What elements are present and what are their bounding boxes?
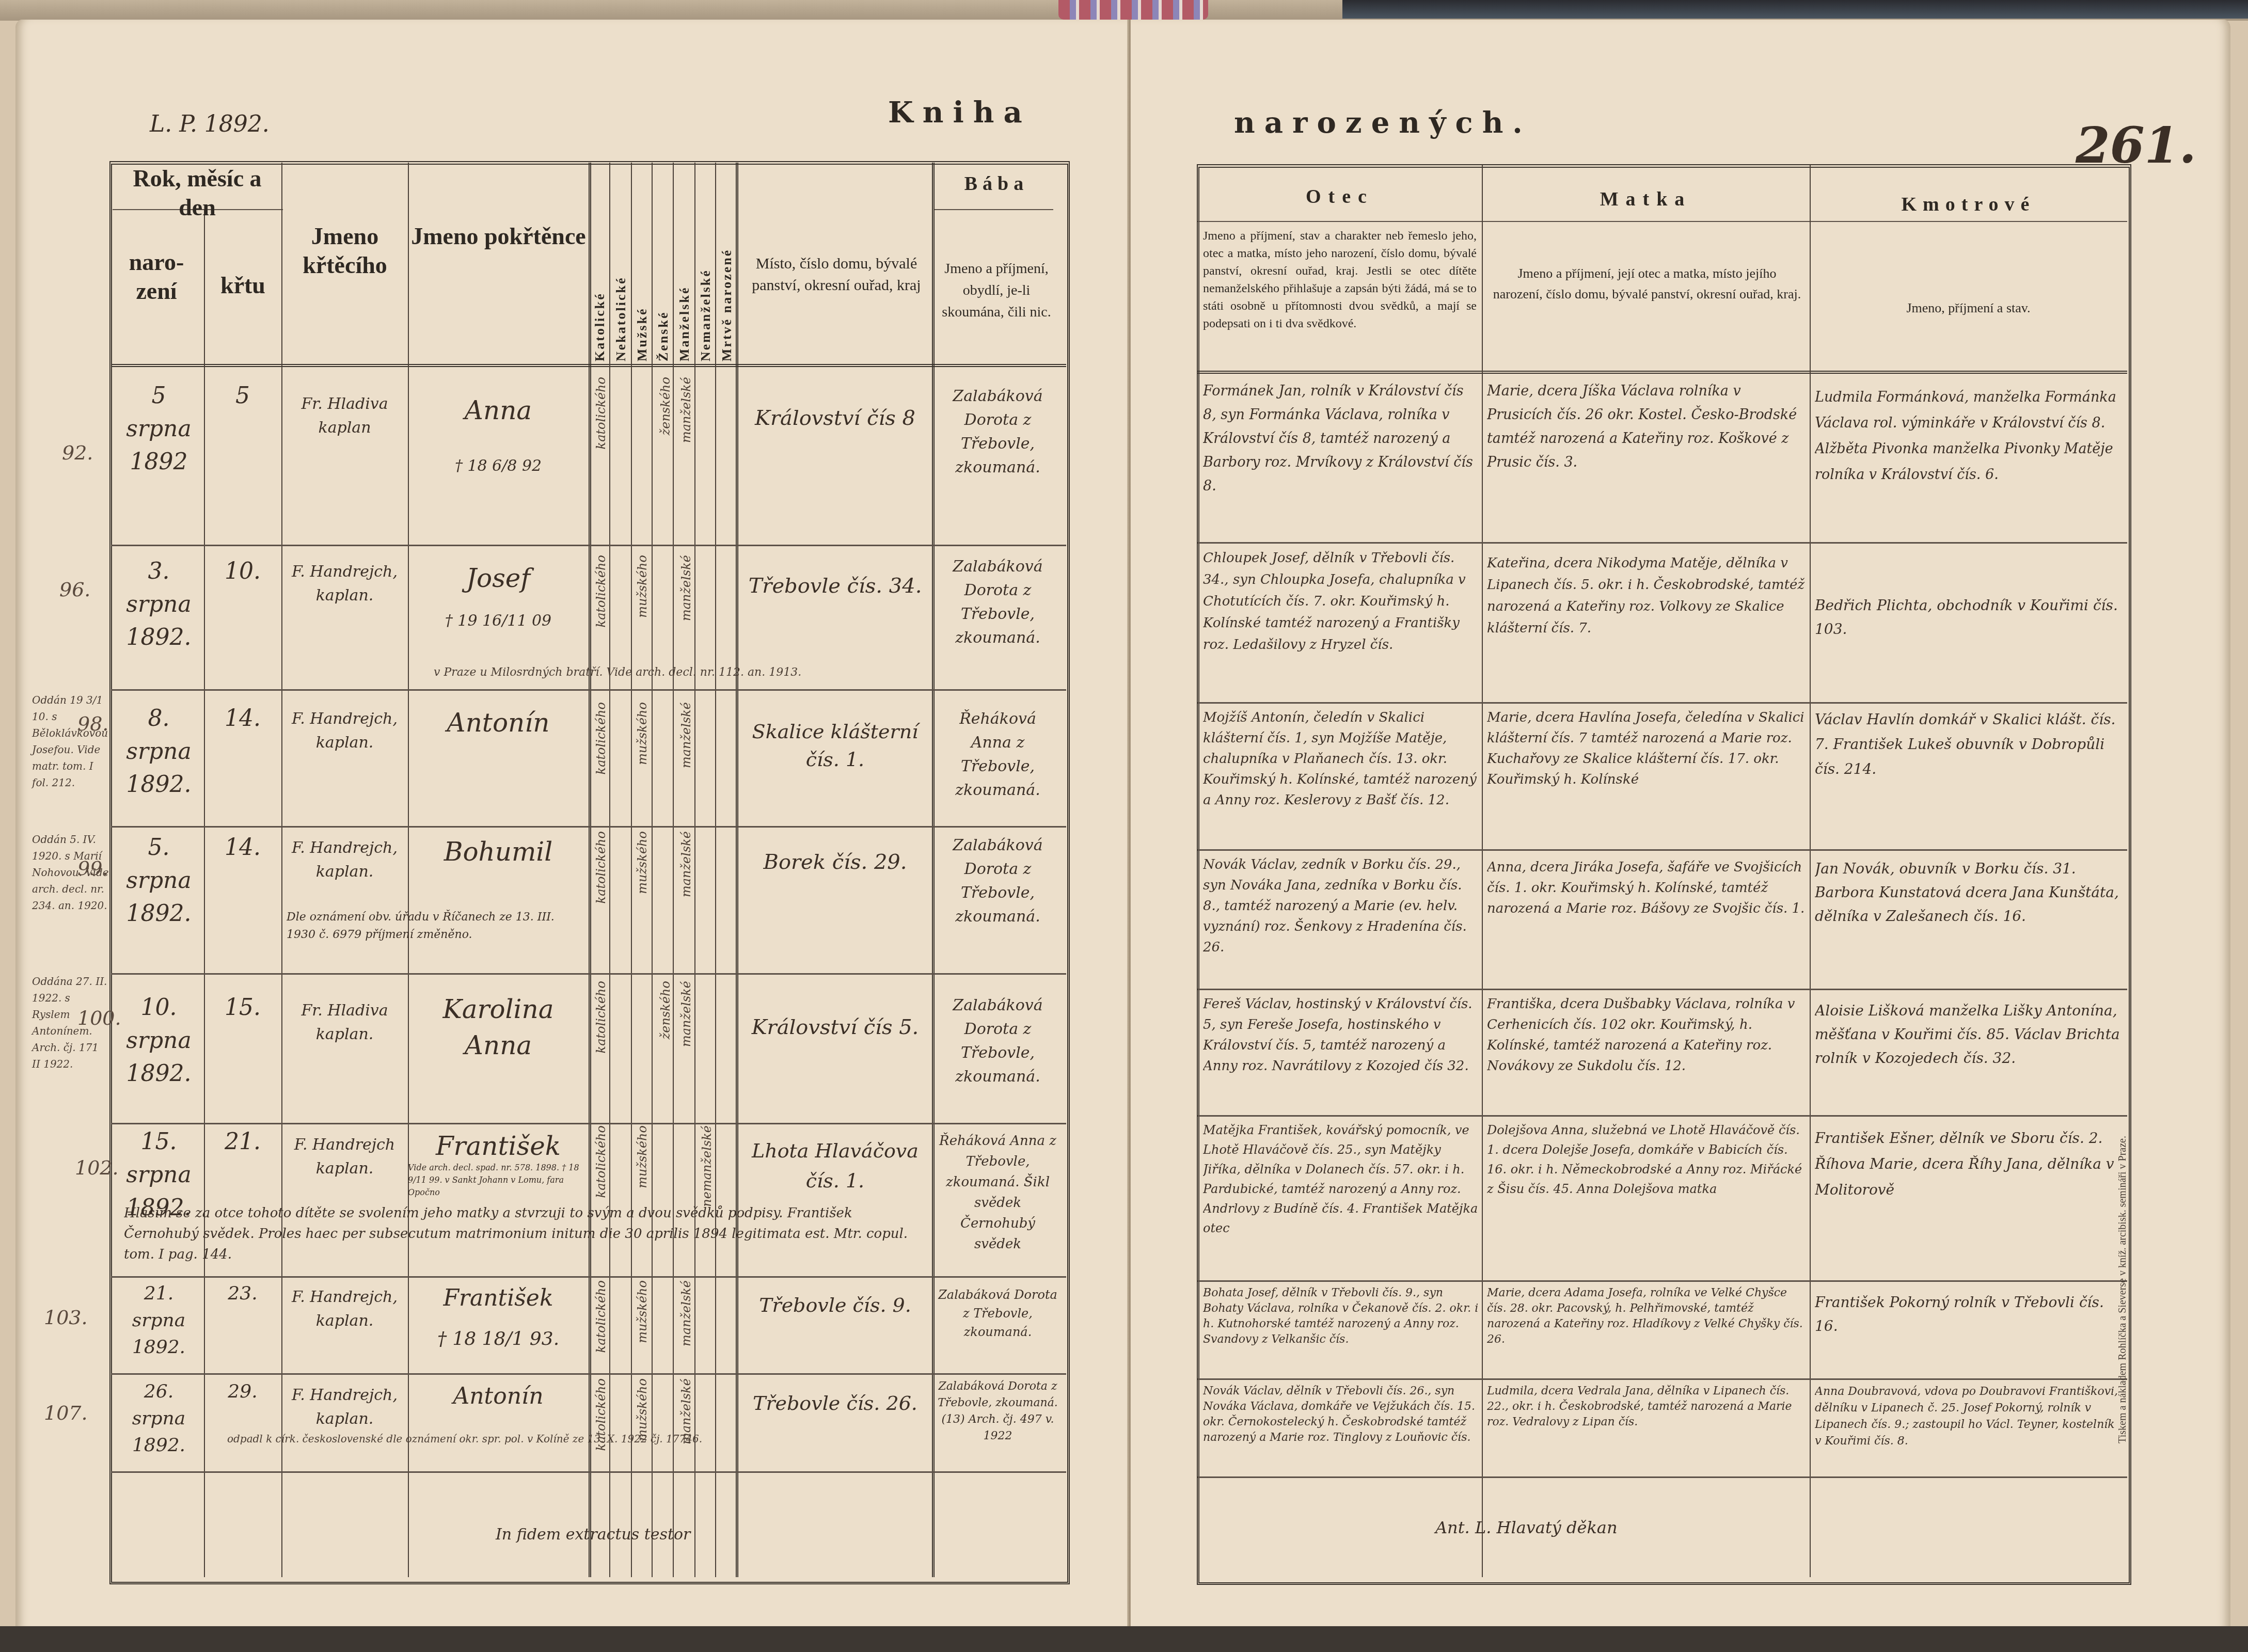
entry-number: 100. <box>77 1007 121 1029</box>
entry-number: 92. <box>62 441 93 464</box>
col-line <box>694 163 695 1577</box>
row-divider <box>1198 1115 2127 1117</box>
midwife: Zalabáková Dorota z Třebovle, zkoumaná. <box>937 385 1058 480</box>
header-nemanzelske: Nemanželské <box>698 243 714 361</box>
row-divider <box>111 1276 1066 1278</box>
row-divider <box>111 1373 1066 1375</box>
year: 1892. <box>126 624 192 650</box>
legitimacy-mark: manželské <box>679 981 693 1047</box>
baptism-day: 5 <box>207 379 279 412</box>
mother-107: Ludmila, dcera Vedrala Jana, dělníka v L… <box>1487 1384 1807 1430</box>
birth-place: Lhota Hlaváčova čís. 1. <box>741 1136 929 1196</box>
mother-102: Dolejšova Anna, služebná ve Lhotě Hlaváč… <box>1487 1120 1807 1199</box>
header-divider <box>1198 371 2127 374</box>
birth-day: 15. <box>141 1129 177 1155</box>
sex-mark: mužského <box>635 1378 650 1441</box>
bookmark-ribbon <box>1058 0 1208 20</box>
marriage-margin-note: Oddán 19 3/1 10. s Běloklávkovou Josefou… <box>32 692 109 791</box>
mother-96: Kateřina, dcera Nikodyma Matěje, dělníka… <box>1487 552 1807 639</box>
father-100: Fereš Václav, hostinský v Království čís… <box>1203 994 1479 1076</box>
header-jmeno-pokrtence: Jmeno pokřtěnce <box>409 222 588 251</box>
header-otec-sub: Jmeno a příjmení, stav a charakter neb ř… <box>1203 227 1477 332</box>
header-muzske: Mužské <box>635 243 650 361</box>
church-change-note: odpadl k círk. československé dle oznáme… <box>227 1433 702 1445</box>
birth-place: Království čís 5. <box>741 1012 929 1043</box>
page-title-right: narozených. <box>1234 106 1532 140</box>
month: srpna <box>126 867 191 894</box>
year: 1892. <box>126 771 192 798</box>
col-line <box>736 163 738 1577</box>
birth-place: Borek čís. 29. <box>741 847 929 878</box>
child-name: František <box>410 1128 586 1164</box>
col-line <box>631 163 632 1577</box>
religion-mark: katolického <box>594 555 608 627</box>
year: 1892. <box>126 900 192 927</box>
name-change-note: Dle oznámení obv. úřadu v Říčanech ze 13… <box>287 909 586 944</box>
row-divider <box>1198 1280 2127 1282</box>
child-name: Bohumil <box>410 834 586 870</box>
right-footer-signature: Ant. L. Hlavatý děkan <box>1435 1518 1618 1537</box>
row-divider <box>1198 542 2127 544</box>
birth-day: 5 <box>152 383 166 409</box>
month: srpna <box>126 591 191 617</box>
row-divider <box>111 1471 1066 1473</box>
mother-103: Marie, dcera Adama Josefa, rolníka ve Ve… <box>1487 1285 1807 1347</box>
legitimacy-mark: manželské <box>679 1280 693 1346</box>
child-name: František <box>410 1283 586 1314</box>
father-107: Novák Václav, dělník v Třebovli čís. 26.… <box>1203 1384 1479 1445</box>
father-102: Matějka František, kovářský pomocník, ve… <box>1203 1120 1479 1238</box>
godparents-103: František Pokorný rolník v Třebovli čís.… <box>1815 1291 2125 1338</box>
midwife: Zalabáková Dorota z Třebovle, zkoumaná. <box>937 555 1058 650</box>
godparents-100: Aloisie Lišková manželka Lišky Antonína,… <box>1815 999 2125 1070</box>
legitimacy-mark: nemanželské <box>700 1125 714 1207</box>
row-divider <box>1198 1378 2127 1380</box>
birth-place: Skalice klášterní čís. 1. <box>741 718 929 773</box>
priest-name: F. Handrejch, kaplan. <box>284 707 405 755</box>
religion-mark: katolického <box>594 1280 608 1353</box>
midwife: Řeháková Anna z Třebovle, zkoumaná. Šikl… <box>937 1131 1058 1254</box>
col-line <box>609 163 610 1577</box>
header-matka-sub: Jmeno a příjmení, její otec a matka, mís… <box>1492 263 1802 305</box>
entry-number: 102. <box>75 1156 119 1179</box>
mother-100: Františka, dcera Dušbabky Václava, rolní… <box>1487 994 1807 1076</box>
godparents-102: František Ešner, dělník ve Sboru čís. 2.… <box>1815 1125 2125 1203</box>
father-96: Chloupek Josef, dělník v Třebovli čís. 3… <box>1203 547 1479 656</box>
baptism-day: 10. <box>207 555 279 588</box>
birth-day: 5. <box>148 834 170 861</box>
birth-place: Království čís 8 <box>741 403 929 434</box>
page-title-left: Kniha <box>888 96 1032 130</box>
row-divider <box>1198 989 2127 990</box>
entry-number: 107. <box>44 1402 88 1424</box>
baptism-day: 14. <box>207 831 279 864</box>
child-death-note: † 18 18/1 93. <box>410 1327 586 1352</box>
godparents-98: Václav Havlín domkář v Skalici klášt. čí… <box>1815 707 2125 782</box>
entry-number: 96. <box>59 578 90 601</box>
child-name: Karolina Anna <box>410 991 586 1063</box>
priest-name: F. Handrejch, kaplan. <box>284 560 405 608</box>
header-matka: Matka <box>1484 186 1807 213</box>
priest-name: Fr. Hladiva kaplan <box>284 392 405 440</box>
book-bottom-edge <box>0 1626 2248 1652</box>
legitimacy-mark: manželské <box>679 831 693 897</box>
baptism-day: 21. <box>207 1125 279 1158</box>
father-99: Novák Václav, zedník v Borku čís. 29., s… <box>1203 854 1479 958</box>
child-name: Anna <box>410 392 586 428</box>
religion-mark: katolického <box>594 981 608 1053</box>
religion-mark: katolického <box>594 1125 608 1198</box>
midwife: Zalabáková Dorota z Třebovle, zkoumaná. <box>937 994 1058 1089</box>
baptism-day: 29. <box>207 1378 279 1405</box>
baba-subheader-divider <box>935 209 1053 210</box>
birth-day: 8. <box>148 705 170 732</box>
birth-day: 3. <box>148 558 170 584</box>
father-92: Formánek Jan, rolník v Království čís 8,… <box>1203 379 1479 498</box>
mother-92: Marie, dcera Jíška Václava rolníka v Pru… <box>1487 379 1807 474</box>
header-krtu: křtu <box>205 271 280 300</box>
year: 1892 <box>130 449 188 475</box>
legitimacy-mark: manželské <box>679 702 693 768</box>
midwife: Zalabáková Dorota z Třebovle, zkoumaná. <box>937 1285 1058 1341</box>
row-divider <box>111 973 1066 975</box>
header-misto: Místo, číslo domu, bývalé panství, okres… <box>743 253 929 296</box>
priest-name: Fr. Hladiva kaplan. <box>284 999 405 1046</box>
header-baba: Bába <box>935 170 1058 197</box>
baptism-day: 15. <box>207 991 279 1024</box>
midwife: Zalabáková Dorota z Třebovle, zkoumaná. … <box>937 1378 1058 1444</box>
sex-mark: mužského <box>635 831 650 894</box>
year: 1892. <box>132 1435 185 1456</box>
birth-place: Třebovle čís. 9. <box>741 1291 929 1320</box>
birth-place: Třebovle čís. 34. <box>741 570 929 601</box>
sex-mark: mužského <box>635 1280 650 1343</box>
year: 1892. <box>126 1060 192 1087</box>
col-line <box>408 163 409 1577</box>
sex-mark: mužského <box>635 702 650 765</box>
birth-day: 21. <box>144 1283 173 1304</box>
header-narozeni: naro- zení <box>113 248 200 306</box>
legitimacy-mark: manželské <box>679 555 693 621</box>
row-divider <box>111 689 1066 691</box>
parent-subheader-divider <box>1198 221 2127 222</box>
header-zenske: Ženské <box>656 243 671 361</box>
row-divider <box>1198 1476 2127 1478</box>
header-manzelske: Manželské <box>677 243 692 361</box>
birth-place: Třebovle čís. 26. <box>741 1389 929 1418</box>
sex-mark: ženského <box>658 981 673 1039</box>
col-line <box>652 163 653 1577</box>
printer-imprint: Tiskem a nákladem Rohlíčka a Sieverse v … <box>2117 1136 2129 1443</box>
entry-number: 98. <box>77 712 108 735</box>
header-baba-sub: Jmeno a příjmení, obydlí, je-li skoumána… <box>937 258 1056 323</box>
row-divider <box>1198 849 2127 851</box>
col-line <box>715 163 716 1577</box>
sex-mark: ženského <box>658 377 673 435</box>
header-katolicke: Katolické <box>592 243 608 361</box>
religion-mark: katolického <box>594 702 608 774</box>
entry-number: 103. <box>44 1306 88 1329</box>
month: srpna <box>132 1408 185 1429</box>
row-divider <box>111 545 1066 546</box>
col-line <box>1810 165 1811 1577</box>
row-divider <box>1198 702 2127 704</box>
month: srpna <box>132 1310 185 1331</box>
midwife: Řeháková Anna z Třebovle, zkoumaná. <box>937 707 1058 802</box>
child-death-note: Vide arch. decl. spad. nr. 578. 1898. † … <box>408 1162 589 1199</box>
month: srpna <box>126 1027 191 1054</box>
child-name: Antonín <box>410 705 586 741</box>
header-kmotrove: Kmotrové <box>1812 191 2125 218</box>
mother-99: Anna, dcera Jiráka Josefa, šafáře ve Svo… <box>1487 857 1807 919</box>
col-line <box>932 163 935 1577</box>
priest-name: F. Handrejch, kaplan. <box>284 1285 405 1333</box>
col-line <box>673 163 674 1577</box>
godparents-96: Bedřich Plichta, obchodník v Kouřimi čís… <box>1815 594 2125 641</box>
midwife: Zalabáková Dorota z Třebovle, zkoumaná. <box>937 834 1058 929</box>
header-otec: Otec <box>1200 183 1479 210</box>
birth-day: 26. <box>144 1381 173 1402</box>
col-line <box>1482 165 1483 1577</box>
month: srpna <box>126 416 191 442</box>
child-death-note: † 19 16/11 09 <box>410 609 586 633</box>
month: srpna <box>126 738 191 765</box>
month: srpna <box>126 1162 191 1188</box>
godparents-107: Anna Doubravová, vdova po Doubravovi Fra… <box>1815 1384 2125 1450</box>
legitimation-note: Hlásím se za otce tohoto dítěte se svole… <box>124 1203 929 1265</box>
father-98: Mojžíš Antonín, čeledín v Skalici klášte… <box>1203 707 1479 811</box>
legitimacy-mark: manželské <box>679 377 693 443</box>
child-name: Antonín <box>410 1381 586 1412</box>
godparents-92: Ludmila Formánková, manželka Formánka Vá… <box>1815 385 2125 488</box>
header-jmeno-krtectho: Jmeno křtěcího <box>283 222 407 280</box>
priest-name: F. Handrejch, kaplan. <box>284 1384 405 1431</box>
row-divider <box>111 1123 1066 1124</box>
annotation-note: v Praze u Milosrdných bratří. Vide arch.… <box>434 666 801 679</box>
baptism-day: 14. <box>207 702 279 735</box>
header-nekatolicke: Nekatolické <box>613 243 629 361</box>
priest-name: F. Handrejch kaplan. <box>284 1133 405 1181</box>
sex-mark: mužského <box>635 555 650 618</box>
entry-number: 99. <box>77 857 108 880</box>
header-rok-mesic-den: Rok, měsíc a den <box>113 164 282 222</box>
child-death-note: † 18 6/8 92 <box>410 454 586 478</box>
religion-mark: katolického <box>594 377 608 449</box>
header-kmotrove-sub: Jmeno, příjmení a stav. <box>1812 299 2125 317</box>
priest-name: F. Handrejch, kaplan. <box>284 836 405 884</box>
sex-mark: mužského <box>635 1125 650 1188</box>
row-divider <box>111 826 1066 828</box>
year: 1892. <box>132 1337 185 1358</box>
year-annotation: L. P. 1892. <box>150 111 270 137</box>
book-cover-edge <box>1342 0 2248 19</box>
godparents-99: Jan Novák, obuvník v Borku čís. 31. Barb… <box>1815 857 2125 928</box>
left-footer-signature: In fidem extractus testor <box>496 1526 690 1544</box>
father-103: Bohata Josef, dělník v Třebovli čís. 9.,… <box>1203 1285 1479 1347</box>
col-line <box>589 163 591 1577</box>
religion-mark: katolického <box>594 831 608 903</box>
col-line <box>281 163 282 1577</box>
birth-day: 10. <box>141 994 177 1021</box>
col-line <box>204 209 205 1577</box>
mother-98: Marie, dcera Havlína Josefa, čeledína v … <box>1487 707 1807 790</box>
open-register-book: L. P. 1892. Kniha narozených. 261. Rok, … <box>0 0 2248 1652</box>
header-mrtve-narozene: Mrtvě narozené <box>719 227 735 361</box>
baptism-day: 23. <box>207 1280 279 1307</box>
child-name: Josef <box>410 560 586 596</box>
